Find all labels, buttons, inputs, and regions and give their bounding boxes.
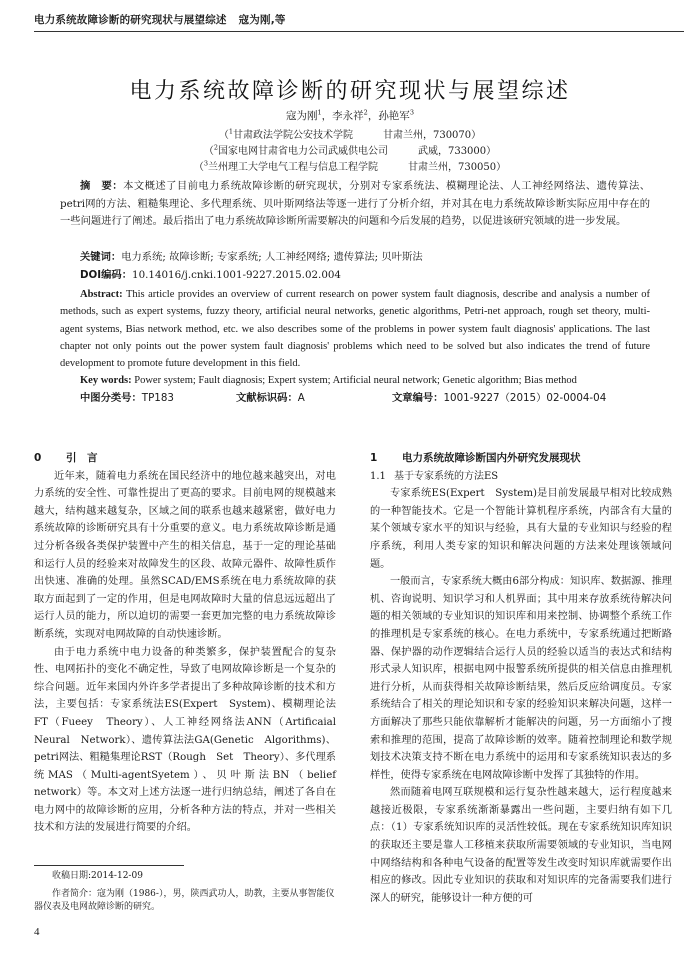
- affiliation: （2国家电网甘肃省电力公司武威供电公司武威，733000）: [0, 142, 700, 157]
- footnote-divider: [34, 865, 184, 866]
- page-number: 4: [34, 926, 40, 938]
- abstract-cn-label: 摘 要：: [80, 180, 123, 192]
- clc-number: 中图分类号：TP183: [80, 389, 174, 404]
- article-number: 文章编号：1001-9227（2015）02-0004-04: [392, 389, 606, 404]
- running-head: 电力系统故障诊断的研究现状与展望综述寇为刚,等: [34, 12, 684, 32]
- affiliation: （1甘肃政法学院公安技术学院甘肃兰州，730070）: [0, 126, 700, 141]
- paragraph: 然而随着电网互联规模和运行复杂性越来越大，运行程度越来越接近极限，专家系统渐渐暴…: [370, 784, 672, 907]
- received-date: 收稿日期:2014-12-09: [52, 870, 354, 883]
- author-name: 李永祥: [332, 110, 364, 122]
- article-title: 电力系统故障诊断的研究现状与展望综述: [0, 74, 700, 105]
- section-heading: 1电力系统故障诊断国内外研究发展现状: [370, 450, 672, 468]
- right-column: 1电力系统故障诊断国内外研究发展现状 1.1基于专家系统的方法ES 专家系统ES…: [370, 450, 672, 907]
- keywords-en: Key words: Power system; Fault diagnosis…: [80, 372, 670, 390]
- paragraph: 一般而言，专家系统大概由6部分构成：知识库、数据源、推理机、咨询说明、知识学习和…: [370, 573, 672, 784]
- abstract-cn: 摘 要：本文概述了目前电力系统故障诊断的研究现状，分别对专家系统法、模糊理论法、…: [60, 178, 650, 231]
- author-list: 寇为刚1，李永祥2，孙艳军3: [0, 108, 700, 123]
- author-name: 寇为刚: [286, 110, 318, 122]
- abstract-en: Abstract: This article provides an overv…: [60, 286, 650, 372]
- doi: DOI编码：10.14016/j.cnki.1001-9227.2015.02.…: [80, 267, 670, 285]
- keywords-cn: 关键词：电力系统; 故障诊断; 专家系统; 人工神经网络; 遗传算法; 贝叶斯法: [80, 249, 670, 267]
- author-name: 孙艳军: [378, 110, 410, 122]
- doi-value: 10.14016/j.cnki.1001-9227.2015.02.004: [132, 269, 341, 281]
- left-column: 0引 言 近年来，随着电力系统在国民经济中的地位越来越突出，对电力系统的安全性、…: [34, 450, 336, 837]
- author-bio: 作者简介：寇为刚（1986-），男，陕西武功人，助教，主要从事智能仪器仪表及电网…: [34, 888, 336, 914]
- subsection-heading: 1.1基于专家系统的方法ES: [370, 468, 672, 486]
- affiliation: （3兰州理工大学电气工程与信息工程学院甘肃兰州，730050）: [0, 158, 700, 173]
- paragraph: 由于电力系统中电力设备的种类繁多，保护装置配合的复杂性、电网拓扑的变化不确定性，…: [34, 644, 336, 838]
- running-head-title: 电力系统故障诊断的研究现状与展望综述: [34, 14, 227, 26]
- document-code: 文献标识码：A: [236, 389, 305, 404]
- abstract-cn-text: 本文概述了目前电力系统故障诊断的研究现状，分别对专家系统法、模糊理论法、人工神经…: [60, 180, 650, 227]
- paragraph: 近年来，随着电力系统在国民经济中的地位越来越突出，对电力系统的安全性、可靠性提出…: [34, 468, 336, 644]
- paragraph: 专家系统ES(Expert System)是目前发展最早相对比较成熟的一种智能技…: [370, 485, 672, 573]
- section-heading: 0引 言: [34, 450, 336, 468]
- running-head-authors: 寇为刚,等: [239, 14, 286, 26]
